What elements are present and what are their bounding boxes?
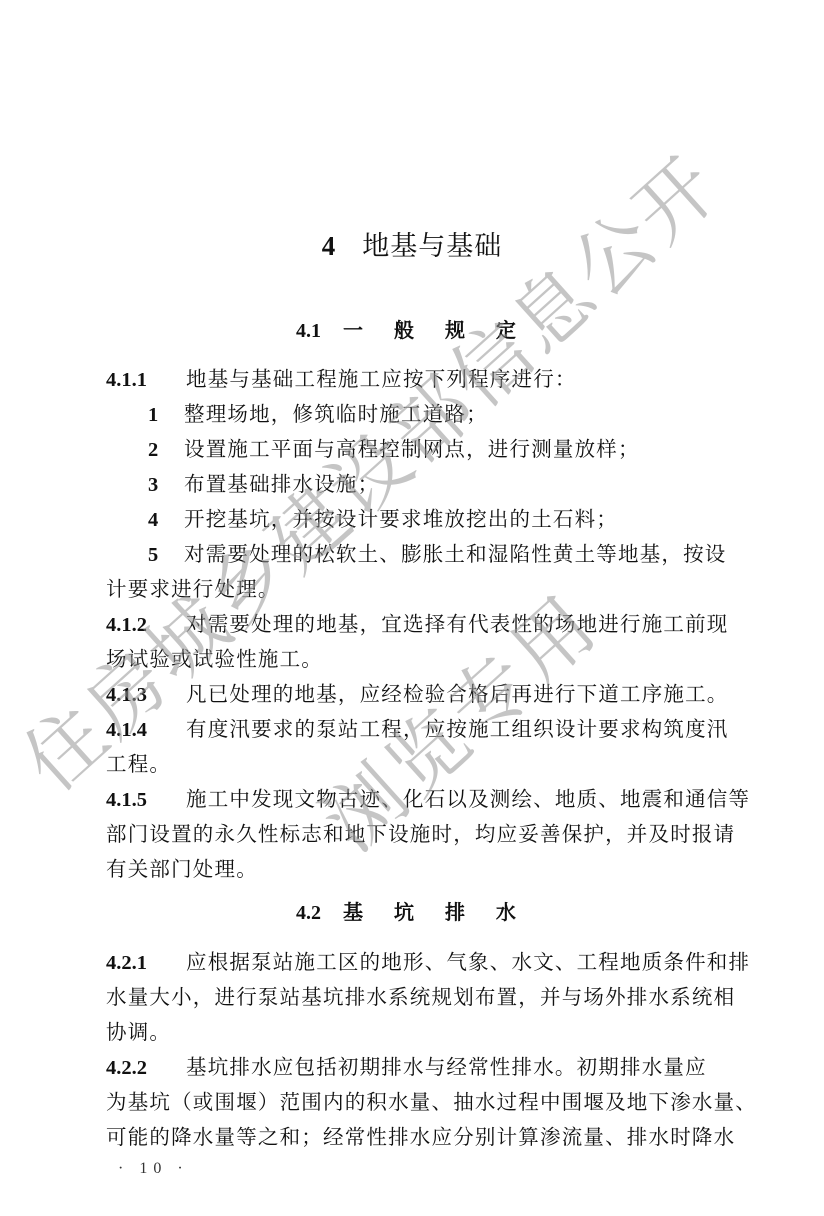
chapter-title-text: 地基与基础	[362, 231, 502, 262]
text-line: 水量大小，进行泵站基坑排水系统规划布置，并与场外排水系统相	[106, 980, 726, 1010]
clause-text: 凡已处理的地基，应经检验合格后再进行下道工序施工。	[186, 682, 729, 706]
document-page: 4地基与基础 4.1一 般 规 定 4.1.1地基与基础工程施工应按下列程序进行…	[0, 0, 824, 1216]
section-title-text: 一 般 规 定	[343, 318, 528, 342]
clause-line: 4.1.2对需要处理的地基，宜选择有代表性的场地进行施工前现	[106, 607, 726, 637]
clause-number: 4.1.2	[106, 614, 186, 637]
text-line: 计要求进行处理。	[106, 572, 726, 602]
list-item: 5对需要处理的松软土、膨胀土和湿陷性黄土等地基，按设	[106, 537, 768, 567]
chapter-title: 4地基与基础	[0, 224, 824, 263]
section-title-4-2: 4.2基 坑 排 水	[0, 896, 824, 925]
item-number: 3	[148, 474, 184, 497]
list-item: 4开挖基坑，并按设计要求堆放挖出的土石料；	[106, 502, 768, 532]
text-line: 为基坑（或围堰）范围内的积水量、抽水过程中围堰及地下渗水量、	[106, 1085, 726, 1115]
list-item: 1整理场地，修筑临时施工道路；	[106, 397, 768, 427]
item-text: 设置施工平面与高程控制网点，进行测量放样；	[184, 437, 640, 461]
clause-text: 基坑排水应包括初期排水与经常性排水。初期排水量应	[186, 1055, 707, 1079]
clause-number: 4.1.1	[106, 369, 186, 392]
item-number: 1	[148, 404, 184, 427]
chapter-number: 4	[322, 231, 337, 261]
clause-number: 4.1.3	[106, 684, 186, 707]
text-line: 协调。	[106, 1015, 726, 1045]
clause-text: 应根据泵站施工区的地形、气象、水文、工程地质条件和排	[186, 950, 750, 974]
item-number: 5	[148, 544, 184, 567]
clause-line: 4.1.1地基与基础工程施工应按下列程序进行：	[106, 362, 726, 392]
item-text: 整理场地，修筑临时施工道路；	[184, 402, 488, 426]
clause-line: 4.2.2基坑排水应包括初期排水与经常性排水。初期排水量应	[106, 1050, 726, 1080]
text-line: 有关部门处理。	[106, 852, 726, 882]
section-title-4-1: 4.1一 般 规 定	[0, 314, 824, 343]
item-text: 布置基础排水设施；	[184, 472, 379, 496]
text-line: 工程。	[106, 747, 726, 777]
clause-line: 4.1.4有度汛要求的泵站工程，应按施工组织设计要求构筑度汛	[106, 712, 726, 742]
clause-text: 地基与基础工程施工应按下列程序进行：	[186, 367, 577, 391]
text-line: 可能的降水量等之和；经常性排水应分别计算渗流量、排水时降水	[106, 1120, 726, 1150]
text: 为基坑（或围堰）范围内的积水量、抽水过程中围堰及地下渗水量、	[106, 1090, 757, 1114]
section-number: 4.1	[296, 320, 321, 342]
list-item: 3布置基础排水设施；	[106, 467, 768, 497]
text: 部门设置的永久性标志和地下设施时，均应妥善保护，并及时报请	[106, 822, 735, 846]
clause-text: 有度汛要求的泵站工程，应按施工组织设计要求构筑度汛	[186, 717, 729, 741]
clause-number: 4.2.1	[106, 952, 186, 975]
clause-text: 施工中发现文物古迹、化石以及测绘、地质、地震和通信等	[186, 787, 750, 811]
text-line: 部门设置的永久性标志和地下设施时，均应妥善保护，并及时报请	[106, 817, 726, 847]
text: 工程。	[106, 752, 171, 776]
clause-line: 4.1.3凡已处理的地基，应经检验合格后再进行下道工序施工。	[106, 677, 726, 707]
page-number: · 10 ·	[118, 1160, 189, 1178]
item-text: 开挖基坑，并按设计要求堆放挖出的土石料；	[184, 507, 618, 531]
clause-text: 对需要处理的地基，宜选择有代表性的场地进行施工前现	[186, 612, 729, 636]
clause-number: 4.2.2	[106, 1057, 186, 1080]
section-title-text: 基 坑 排 水	[343, 900, 528, 924]
text-line: 场试验或试验性施工。	[106, 642, 726, 672]
text: 有关部门处理。	[106, 857, 258, 881]
list-item: 2设置施工平面与高程控制网点，进行测量放样；	[106, 432, 768, 462]
clause-line: 4.2.1应根据泵站施工区的地形、气象、水文、工程地质条件和排	[106, 945, 726, 975]
text: 协调。	[106, 1020, 171, 1044]
item-text: 对需要处理的松软土、膨胀土和湿陷性黄土等地基，按设	[184, 542, 727, 566]
section-number: 4.2	[296, 902, 321, 924]
text: 可能的降水量等之和；经常性排水应分别计算渗流量、排水时降水	[106, 1125, 735, 1149]
item-number: 2	[148, 439, 184, 462]
text: 场试验或试验性施工。	[106, 647, 323, 671]
text: 水量大小，进行泵站基坑排水系统规划布置，并与场外排水系统相	[106, 985, 735, 1009]
clause-number: 4.1.4	[106, 719, 186, 742]
text: 计要求进行处理。	[106, 577, 280, 601]
clause-number: 4.1.5	[106, 789, 186, 812]
clause-line: 4.1.5施工中发现文物古迹、化石以及测绘、地质、地震和通信等	[106, 782, 726, 812]
item-number: 4	[148, 509, 184, 532]
